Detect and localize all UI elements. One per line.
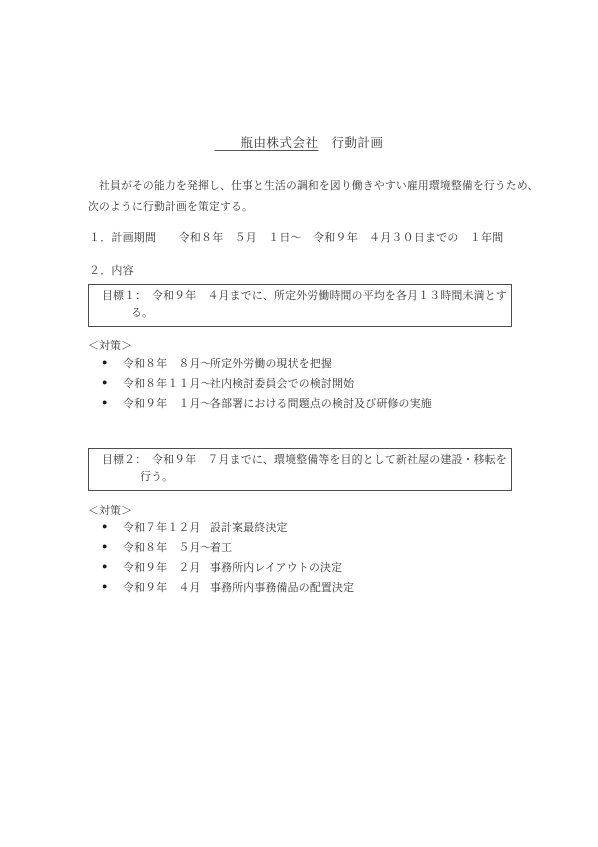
title-suffix: 行動計画 — [319, 136, 384, 150]
plan-period-line: １．計画期間 令和８年 ５月 １日～ 令和９年 ４月３０日までの １年間 — [89, 229, 503, 245]
measure-date: 令和８年 ５月～ — [123, 539, 210, 555]
measure-date: 令和８年 ８月～ — [123, 355, 210, 371]
measure-date: 令和９年 ４月 — [123, 579, 210, 595]
measure-item: ● 令和７年１２月 設計案最終決定 — [88, 519, 548, 539]
measure-item: ● 令和９年 ２月 事務所内レイアウトの決定 — [88, 559, 548, 579]
measures1-label: ＜対策＞ — [88, 337, 132, 353]
bullet-icon: ● — [102, 559, 123, 574]
measure-desc: 設計案最終決定 — [210, 519, 288, 535]
measure-desc: 社内検討委員会での検討開始 — [210, 375, 354, 391]
bullet-icon: ● — [102, 395, 123, 410]
measure-date: 令和７年１２月 — [123, 519, 210, 535]
measures2-label: ＜対策＞ — [88, 502, 132, 518]
company-name: 瓶由株式会社 — [214, 136, 318, 150]
bullet-icon: ● — [102, 579, 123, 594]
goal2-line-2: 行う。 — [102, 469, 503, 486]
bullet-icon: ● — [102, 519, 123, 534]
bullet-icon: ● — [102, 539, 123, 554]
document-page: 瓶由株式会社 行動計画 社員がその能力を発揮し、仕事と生活の調和を図り働きやすい… — [0, 0, 598, 847]
bullet-icon: ● — [102, 375, 123, 390]
measure-item: ● 令和９年 ４月 事務所内事務備品の配置決定 — [88, 579, 548, 599]
goal1-box: 目標１： 令和９年 ４月までに、所定外労働時間の平均を各月１３時間未満とす る。 — [88, 284, 512, 327]
measure-date: 令和８年１１月～ — [123, 375, 210, 391]
measure-desc: 事務所内事務備品の配置決定 — [210, 579, 354, 595]
measure-desc: 所定外労働の現状を把握 — [210, 355, 332, 371]
bullet-icon: ● — [102, 355, 123, 370]
measure-date: 令和９年 ２月 — [123, 559, 210, 575]
intro-paragraph: 社員がその能力を発揮し、仕事と生活の調和を図り働きやすい雇用環境整備を行うため、… — [88, 176, 518, 218]
measure-item: ● 令和８年 ８月～ 所定外労働の現状を把握 — [88, 355, 548, 375]
document-title: 瓶由株式会社 行動計画 — [0, 133, 598, 151]
content-heading: ２．内容 — [89, 262, 134, 278]
measures2-list: ● 令和７年１２月 設計案最終決定 ● 令和８年 ５月～ 着工 ● 令和９年 ２… — [88, 519, 548, 599]
intro-line-1: 社員がその能力を発揮し、仕事と生活の調和を図り働きやすい雇用環境整備を行うため、 — [88, 176, 518, 197]
measure-item: ● 令和８年 ５月～ 着工 — [88, 539, 548, 559]
goal2-box: 目標２： 令和９年 ７月までに、環境整備等を目的として新社屋の建設・移転を 行う… — [88, 448, 512, 491]
measure-desc: 着工 — [210, 539, 232, 555]
measure-desc: 各部署における問題点の検討及び研修の実施 — [210, 395, 432, 411]
goal1-line-1: 目標１： 令和９年 ４月までに、所定外労働時間の平均を各月１３時間未満とす — [102, 288, 503, 305]
measure-item: ● 令和８年１１月～ 社内検討委員会での検討開始 — [88, 375, 548, 395]
intro-line-2: 次のように行動計画を策定する。 — [88, 197, 518, 218]
measures1-list: ● 令和８年 ８月～ 所定外労働の現状を把握 ● 令和８年１１月～ 社内検討委員… — [88, 355, 548, 415]
measure-date: 令和９年 １月～ — [123, 395, 210, 411]
goal1-line-2: る。 — [102, 305, 503, 322]
measure-desc: 事務所内レイアウトの決定 — [210, 559, 342, 575]
goal2-line-1: 目標２： 令和９年 ７月までに、環境整備等を目的として新社屋の建設・移転を — [102, 452, 503, 469]
measure-item: ● 令和９年 １月～ 各部署における問題点の検討及び研修の実施 — [88, 395, 548, 415]
